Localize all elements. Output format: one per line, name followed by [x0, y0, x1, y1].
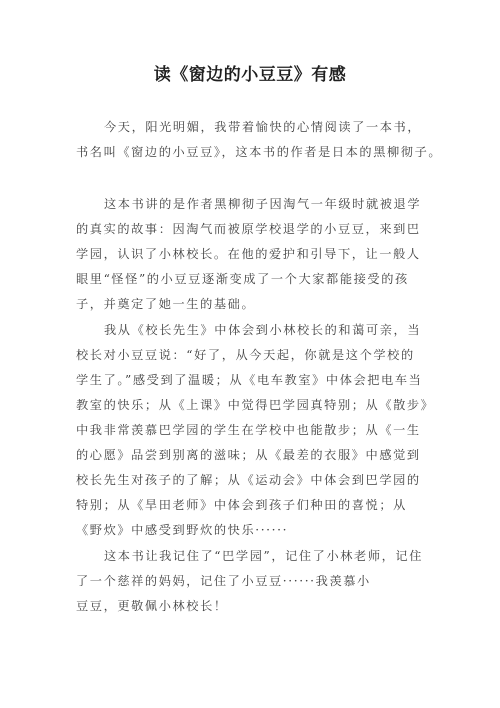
paragraph-line: 特别；从《旱田老师》中体会到孩子们种田的喜悦；从: [76, 497, 407, 513]
paragraph-line: 的真实的故事：因淘气而被原学校退学的小豆豆，来到巴: [76, 221, 421, 237]
paragraph-line: 校长先生对孩子的了解；从《运动会》中体会到巴学园的: [76, 472, 421, 488]
paragraph-line: 我从《校长先生》中体会到小林校长的和蔼可亲，当: [104, 322, 421, 338]
paragraph-line: 这本书让我记住了“巴学园”，记住了小林老师，记住: [104, 548, 423, 564]
document-title: 读《窗边的小豆豆》有感: [0, 60, 500, 85]
paragraph-line: 这本书讲的是作者黑柳彻子因淘气一年级时就被退学: [104, 196, 421, 212]
paragraph-line: 的心愿》品尝到别离的滋味；从《最差的衣服》中感觉到: [76, 447, 421, 463]
intro-line: 书名叫《窗边的小豆豆》，这本书的作者是日本的黑柳彻子。: [76, 144, 442, 160]
paragraph-line: 学生了。”感受到了温暖；从《电车教室》中体会把电车当: [76, 372, 422, 388]
paragraph-line: 《野炊》中感受到野炊的快乐······: [76, 522, 288, 538]
intro-line: 今天，阳光明媚，我带着愉快的心情阅读了一本书，: [104, 119, 421, 135]
paragraph-line: 校长对小豆豆说：“好了，从今天起，你就是这个学校的: [76, 347, 415, 363]
paragraph-line: 眼里“怪怪”的小豆豆逐渐变成了一个大家都能接受的孩: [76, 271, 409, 287]
document-page: 读《窗边的小豆豆》有感 今天，阳光明媚，我带着愉快的心情阅读了一本书， 书名叫《…: [0, 0, 500, 708]
paragraph-line: 学园，认识了小林校长。在他的爱护和引导下，让一般人: [76, 246, 421, 262]
paragraph-line: 子，并奠定了她一生的基础。: [76, 296, 255, 312]
paragraph-line: 教室的快乐；从《上课》中觉得巴学园真特别；从《散步》: [76, 397, 434, 413]
paragraph-line: 中我非常羡慕巴学园的学生在学校中也能散步；从《一生: [76, 422, 421, 438]
paragraph-line: 豆豆，更敬佩小林校长！: [76, 598, 228, 614]
paragraph-line: 了一个慈祥的妈妈，记住了小豆豆······我羡慕小: [76, 573, 371, 589]
